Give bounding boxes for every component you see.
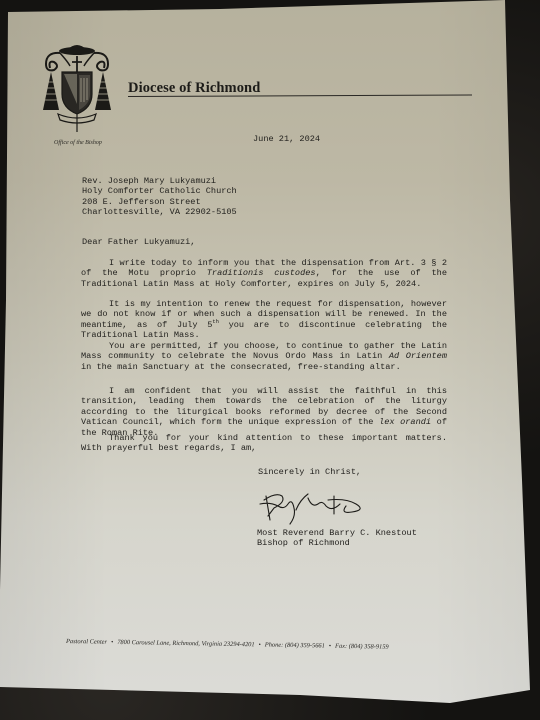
organization-name: Diocese of Richmond — [128, 80, 260, 97]
recipient-parish: Holy Comforter Catholic Church — [82, 186, 237, 196]
footer-address: 7800 Carousel Lane, Richmond, Virginia 2… — [117, 639, 254, 648]
signer-title: Bishop of Richmond — [257, 538, 417, 548]
letter-page: Office of the Bishop Diocese of Richmond… — [0, 0, 540, 720]
footer-fax: Fax: (804) 358-9159 — [335, 643, 389, 651]
recipient-city: Charlottesville, VA 22902-5105 — [82, 207, 237, 217]
body-paragraph-4: I am confident that you will assist the … — [81, 386, 447, 438]
body-paragraph-5: Thank you for your kind attention to the… — [81, 433, 447, 454]
body-paragraph-3: You are permitted, if you choose, to con… — [81, 341, 447, 372]
letterhead-rule — [128, 94, 472, 97]
crest-caption: Office of the Bishop — [54, 140, 102, 146]
recipient-address: Rev. Joseph Mary Lukyamuzi Holy Comforte… — [82, 176, 237, 218]
footer-phone: Phone: (804) 359-5661 — [265, 641, 325, 649]
recipient-name: Rev. Joseph Mary Lukyamuzi — [82, 176, 237, 186]
closing: Sincerely in Christ, — [258, 467, 361, 477]
body-paragraph-2: It is my intention to renew the request … — [81, 299, 447, 341]
body-paragraph-1: I write today to inform you that the dis… — [81, 258, 447, 289]
signer-name: Most Reverend Barry C. Knestout — [257, 528, 417, 538]
recipient-street: 208 E. Jefferson Street — [82, 197, 237, 207]
letter-date: June 21, 2024 — [253, 134, 320, 144]
footer-office: Pastoral Center — [66, 638, 107, 646]
signer-block: Most Reverend Barry C. Knestout Bishop o… — [257, 528, 417, 549]
coat-of-arms-icon — [40, 42, 114, 134]
salutation: Dear Father Lukyamuzi, — [82, 237, 195, 247]
signature-icon — [256, 486, 376, 528]
letterhead-footer: Pastoral Center•7800 Carousel Lane, Rich… — [66, 638, 389, 651]
